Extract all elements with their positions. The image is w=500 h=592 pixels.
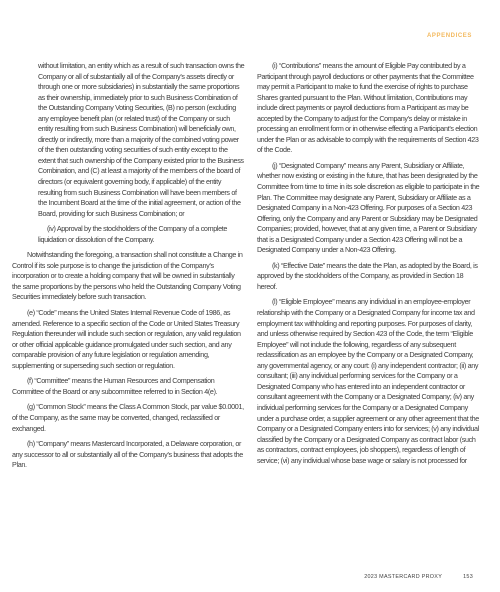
page-footer: 2023 MASTERCARD PROXY 153 [364, 574, 473, 580]
paragraph-definition-f-committee: (f) “Committee” means the Human Resource… [12, 376, 245, 397]
subclause-indent-block: without limitation, an entity which as a… [38, 61, 245, 245]
footer-page-number: 153 [463, 574, 473, 580]
paragraph-definition-k-effective-date: (k) “Effective Date” means the date the … [257, 261, 484, 293]
paragraph-definition-j-designated-company: (j) “Designated Company” means any Paren… [257, 161, 484, 256]
paragraph-business-combination-continuation: without limitation, an entity which as a… [38, 61, 245, 219]
left-column: without limitation, an entity which as a… [12, 61, 245, 476]
paragraph-definition-i-contributions: (i) “Contributions” means the amount of … [257, 61, 484, 156]
paragraph-definition-e-code: (e) “Code” means the United States Inter… [12, 308, 245, 371]
paragraph-clause-iv: (iv) Approval by the stockholders of the… [38, 224, 245, 245]
paragraph-definition-h-company: (h) “Company” means Mastercard Incorpora… [12, 439, 245, 471]
page-header: APPENDICES [427, 33, 472, 39]
paragraph-definition-l-eligible-employee: (l) “Eligible Employee” means any indivi… [257, 297, 484, 466]
paragraph-definition-g-common-stock: (g) “Common Stock” means the Class A Com… [12, 402, 245, 434]
footer-proxy-label: 2023 MASTERCARD PROXY [364, 574, 442, 580]
right-column: (i) “Contributions” means the amount of … [257, 61, 484, 471]
appendices-header-label: APPENDICES [427, 33, 472, 39]
document-page: APPENDICES without limitation, an entity… [0, 0, 500, 592]
paragraph-notwithstanding: Notwithstanding the foregoing, a transac… [12, 250, 245, 303]
